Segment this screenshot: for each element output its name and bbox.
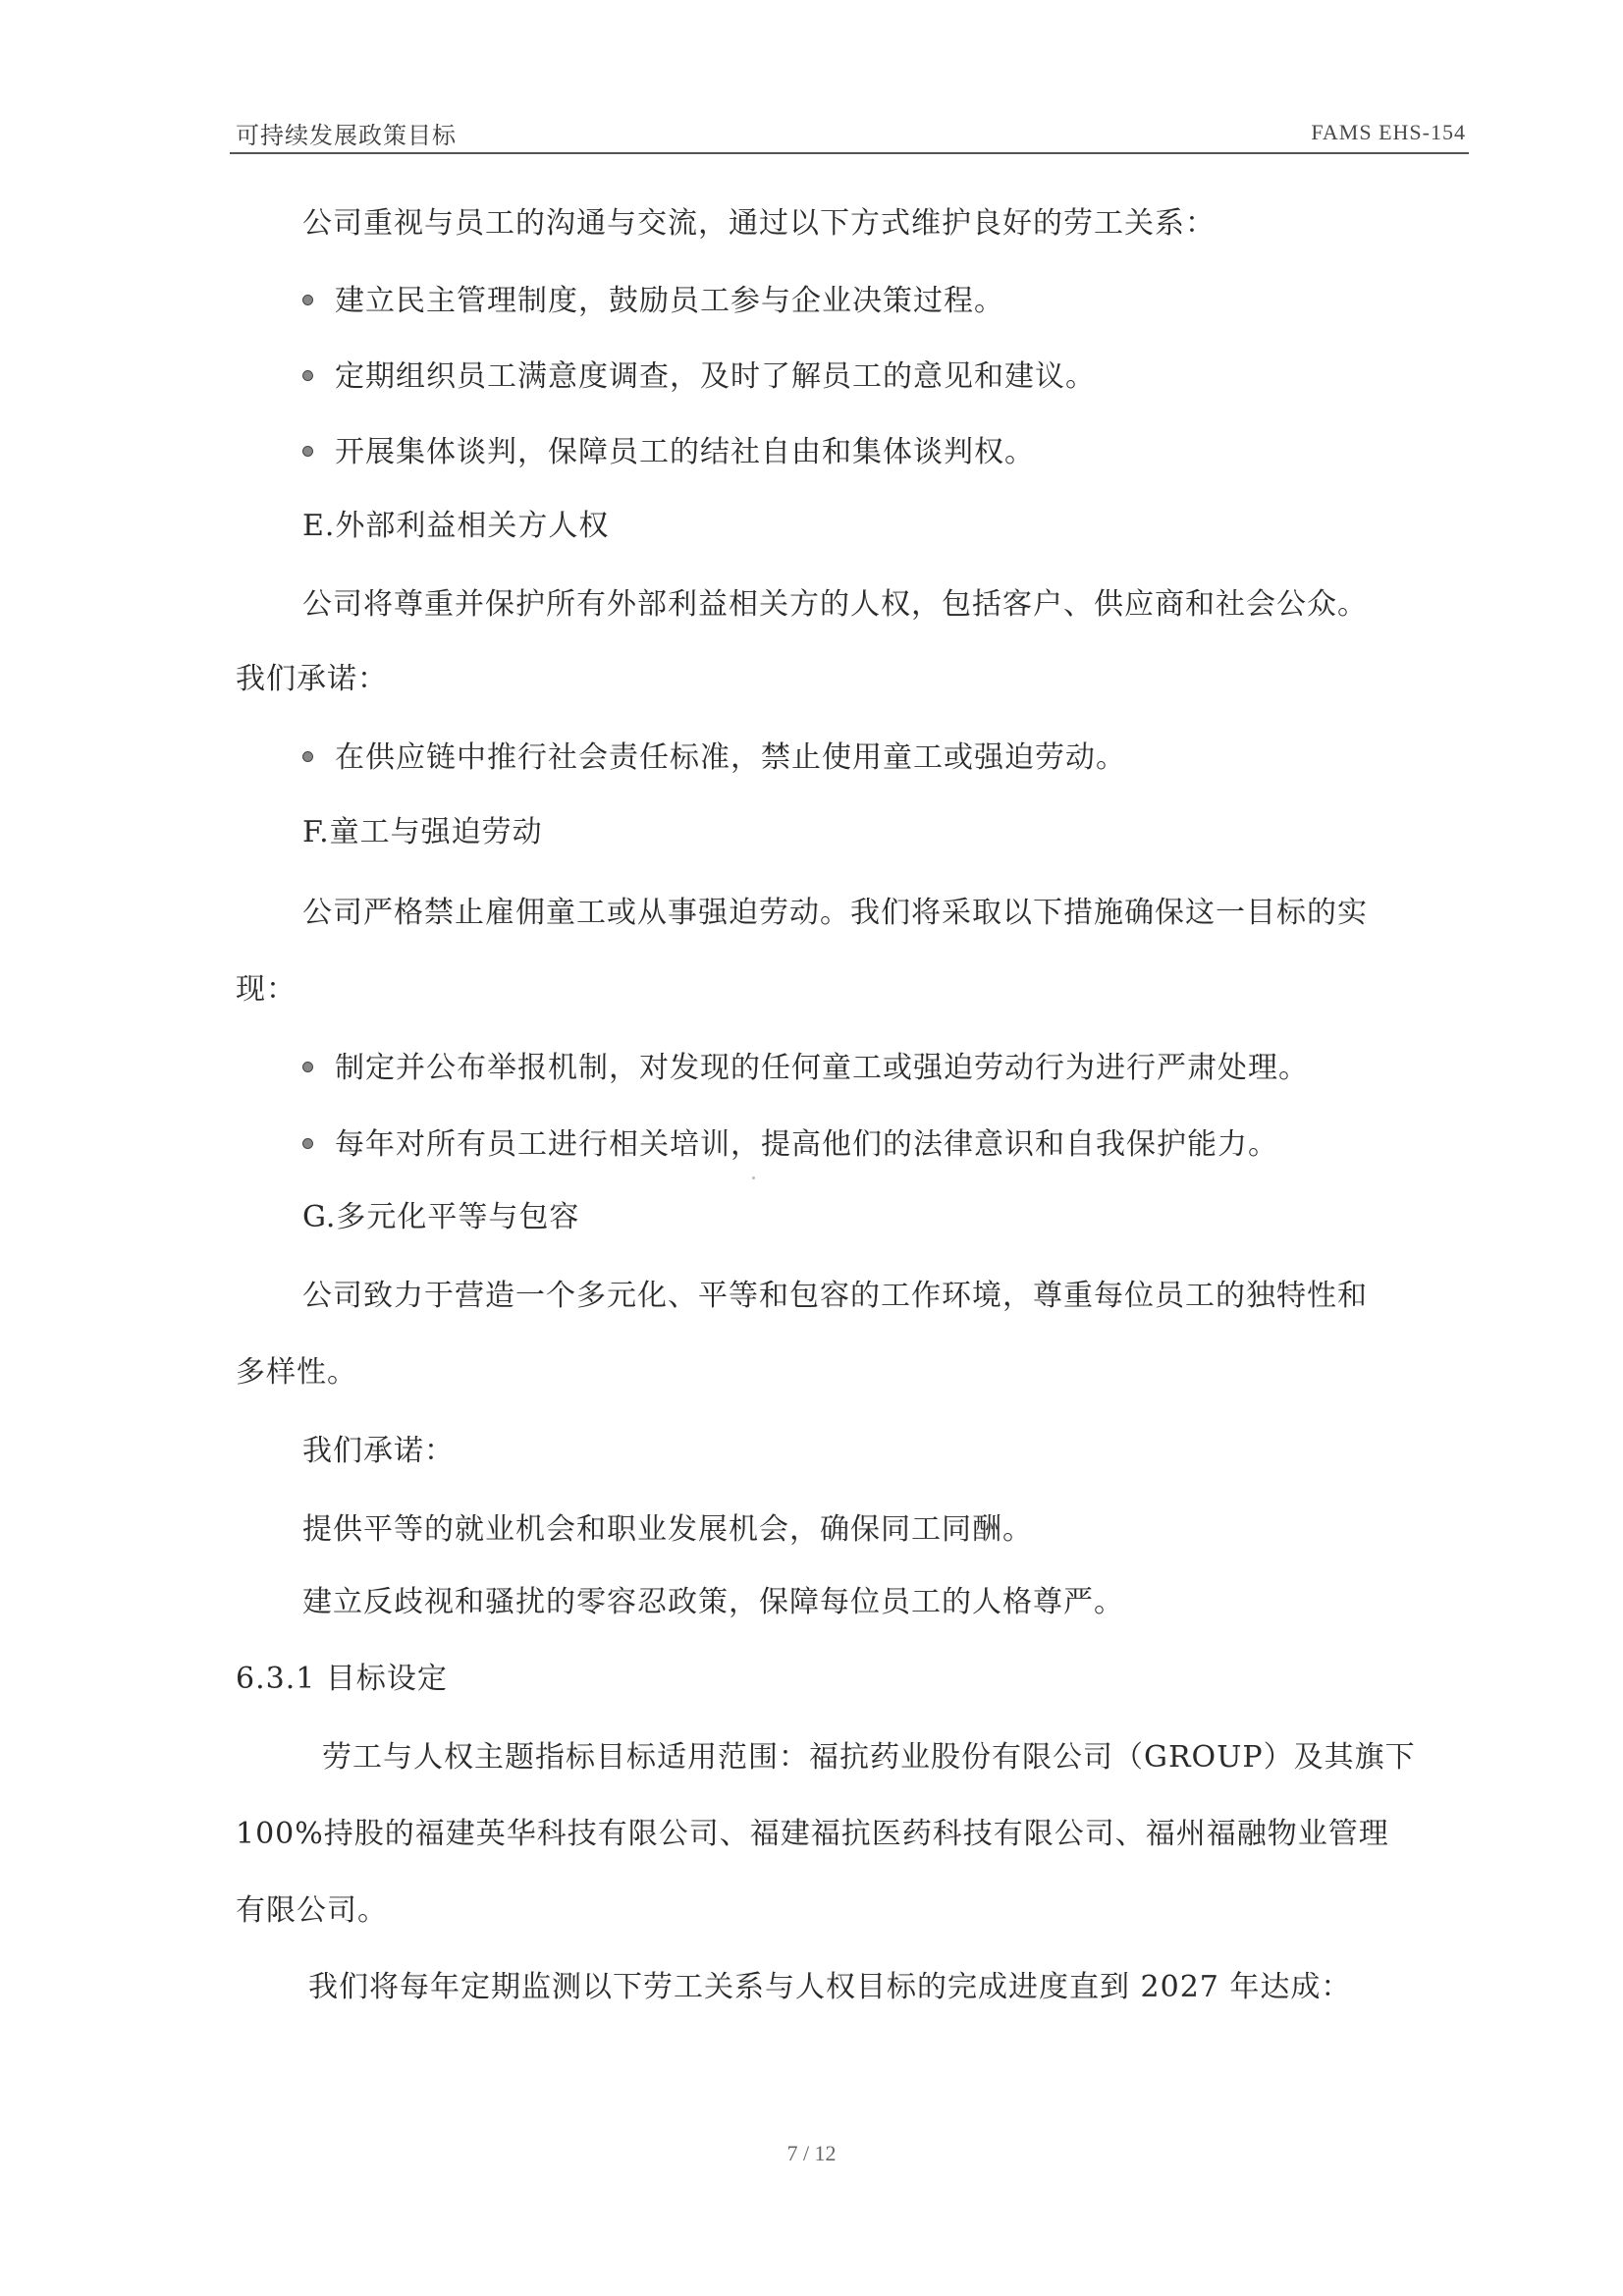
header-divider <box>230 152 1469 154</box>
list-item: 每年对所有员工进行相关培训，提高他们的法律意识和自我保护能力。 <box>302 1125 1278 1165</box>
section-heading: 6.3.1 目标设定 <box>236 1660 448 1699</box>
paragraph: 建立反歧视和骚扰的零容忍政策，保障每位员工的人格尊严。 <box>302 1583 1124 1622</box>
paragraph: 公司重视与员工的沟通与交流，通过以下方式维护良好的劳工关系： <box>302 204 1216 244</box>
bullet-icon <box>302 446 313 457</box>
list-item-text: 在供应链中推行社会责任标准，禁止使用童工或强迫劳动。 <box>335 740 1126 775</box>
bullet-icon <box>302 370 313 381</box>
scan-speck <box>752 1176 755 1179</box>
page-number: 7 / 12 <box>0 2141 1623 2166</box>
paragraph: 现： <box>236 970 297 1010</box>
paragraph: 公司严格禁止雇佣童工或从事强迫劳动。我们将采取以下措施确保这一目标的实 <box>302 894 1368 933</box>
paragraph: 我们承诺： <box>236 660 388 699</box>
list-item: 开展集体谈判，保障员工的结社自由和集体谈判权。 <box>302 433 1035 472</box>
paragraph: 公司致力于营造一个多元化、平等和包容的工作环境，尊重每位员工的独特性和 <box>302 1277 1368 1316</box>
paragraph: 提供平等的就业机会和职业发展机会，确保同工同酬。 <box>302 1510 1033 1550</box>
paragraph: 公司将尊重并保护所有外部利益相关方的人权，包括客户、供应商和社会公众。 <box>302 585 1368 625</box>
bullet-icon <box>302 295 313 305</box>
list-item-text: 开展集体谈判，保障员工的结社自由和集体谈判权。 <box>335 435 1035 469</box>
document-code: FAMS EHS-154 <box>1311 120 1466 145</box>
list-item: 建立民主管理制度，鼓励员工参与企业决策过程。 <box>302 282 1004 321</box>
document-title: 可持续发展政策目标 <box>236 116 457 150</box>
paragraph: 劳工与人权主题指标目标适用范围：福抗药业股份有限公司（GROUP）及其旗下 <box>322 1738 1416 1777</box>
list-item-text: 建立民主管理制度，鼓励员工参与企业决策过程。 <box>335 284 1004 318</box>
list-item: 制定并公布举报机制，对发现的任何童工或强迫劳动行为进行严肃处理。 <box>302 1049 1309 1088</box>
list-item-text: 每年对所有员工进行相关培训，提高他们的法律意识和自我保护能力。 <box>335 1127 1278 1162</box>
paragraph: 多样性。 <box>236 1353 357 1393</box>
section-heading: G.多元化平等与包容 <box>302 1198 579 1237</box>
list-item-text: 定期组织员工满意度调查，及时了解员工的意见和建议。 <box>335 359 1096 394</box>
paragraph: 有限公司。 <box>236 1891 388 1931</box>
section-heading: E.外部利益相关方人权 <box>302 507 609 546</box>
paragraph: 我们承诺： <box>302 1432 455 1471</box>
bullet-icon <box>302 751 313 762</box>
section-heading: F.童工与强迫劳动 <box>302 813 543 852</box>
paragraph: 100%持股的福建英华科技有限公司、福建福抗医药科技有限公司、福州福融物业管理 <box>236 1815 1389 1854</box>
bullet-icon <box>302 1138 313 1149</box>
list-item: 在供应链中推行社会责任标准，禁止使用童工或强迫劳动。 <box>302 738 1126 778</box>
bullet-icon <box>302 1062 313 1072</box>
list-item-text: 制定并公布举报机制，对发现的任何童工或强迫劳动行为进行严肃处理。 <box>335 1051 1309 1085</box>
paragraph: 我们将每年定期监测以下劳工关系与人权目标的完成进度直到 2027 年达成： <box>308 1968 1351 2007</box>
list-item: 定期组织员工满意度调查，及时了解员工的意见和建议。 <box>302 357 1096 397</box>
